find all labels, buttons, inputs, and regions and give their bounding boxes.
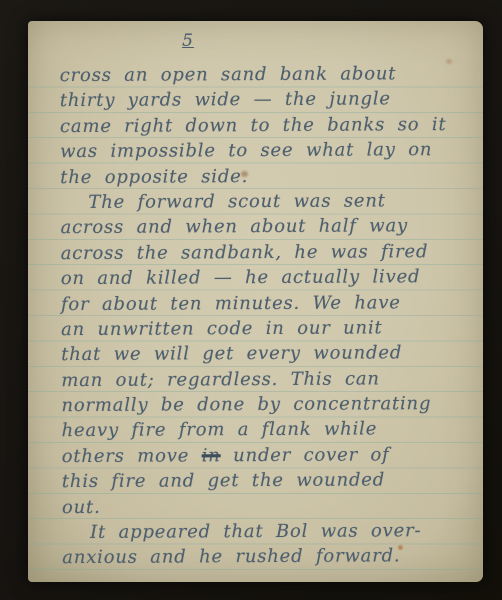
page-number: 5 [176,31,200,51]
text-line: normally be done by concentrating [61,391,471,419]
text-line: across and when about half way [60,213,470,241]
text-line-paragraph-start: It appeared that Bol was over- [62,518,472,546]
text-line: anxious and he rushed forward. [62,543,472,571]
text-line: man out; regardless. This can [61,366,471,394]
text-line: on and killed — he actually lived [61,264,471,292]
text-line: thirty yards wide — the jungle [60,86,470,114]
handwritten-text: cross an open sand bank about thirty yar… [60,61,473,571]
text-line: this fire and get the wounded [62,467,472,495]
text-line: out. [62,493,472,521]
text-segment: others move [62,445,202,467]
text-line: came right down to the banks so it [60,112,470,140]
text-line: an unwritten code in our unit [61,315,471,343]
text-line-paragraph-start: The forward scout was sent [60,188,470,216]
scan-background: 5 cross an open sand bank about thirty y… [0,0,502,600]
text-line: cross an open sand bank about [60,61,470,89]
text-segment: under cover of [221,444,390,466]
struck-out-word: in [202,445,221,466]
text-line: for about ten minutes. We have [61,289,471,317]
letter-page: 5 cross an open sand bank about thirty y… [28,21,483,582]
text-line-with-strikethrough: others move in under cover of [62,442,472,470]
text-line: that we will get every wounded [61,340,471,368]
text-line: heavy fire from a flank while [62,416,472,444]
text-line: was impossible to see what lay on [60,137,470,165]
text-line: across the sandbank, he was fired [61,239,471,267]
text-line: the opposite side. [60,162,470,190]
